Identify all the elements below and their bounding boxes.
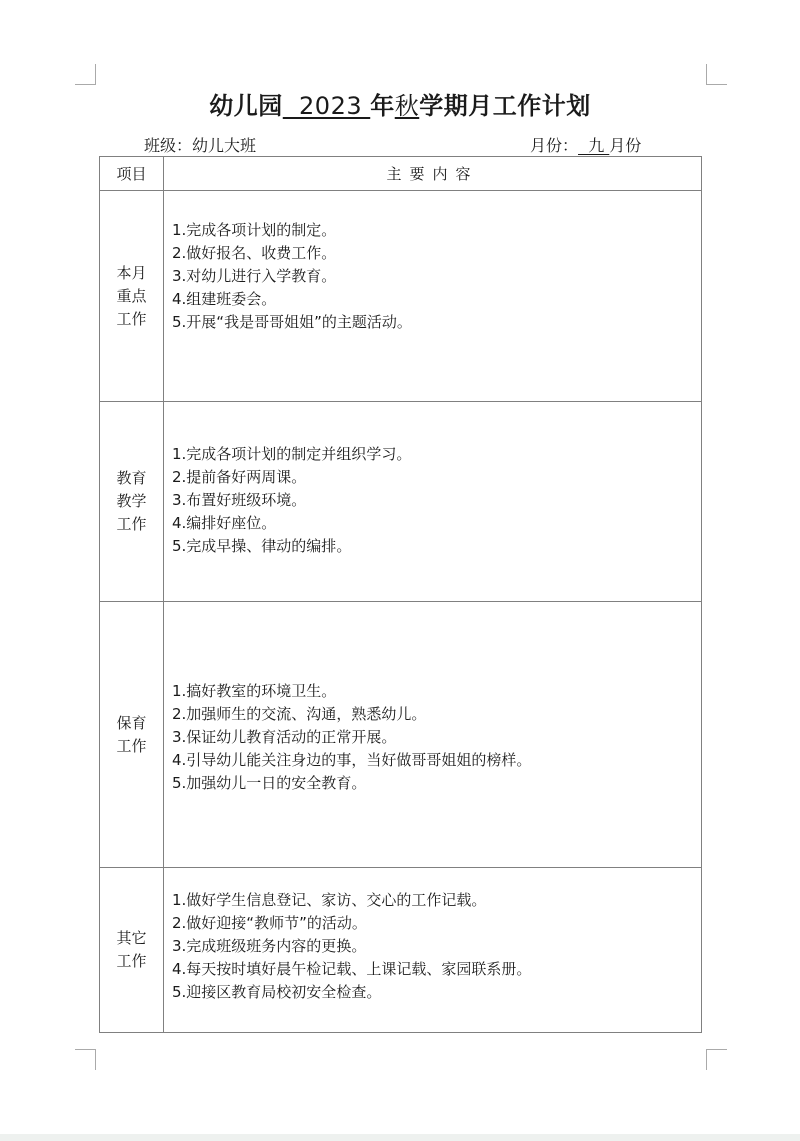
row-category: 教育 教学 工作	[100, 402, 164, 602]
month-label: 月份：	[530, 136, 578, 155]
row-category: 本月 重点 工作	[100, 191, 164, 402]
title-year-unit: 年	[370, 92, 395, 120]
category-line: 工作	[101, 308, 162, 331]
month-value: 九	[578, 136, 609, 155]
list-item: 2.加强师生的交流、沟通，熟悉幼儿。	[172, 703, 700, 726]
list-item: 2.做好报名、收费工作。	[172, 242, 700, 265]
category-line: 工作	[101, 513, 162, 536]
document-title: 幼儿园 2023 年秋学期月工作计划	[0, 86, 800, 121]
page-corner-mark-top-left	[75, 64, 96, 85]
table-header-row: 项目 主要内容	[100, 157, 702, 191]
list-item: 4.编排好座位。	[172, 512, 700, 535]
page-corner-mark-bottom-right	[706, 1049, 727, 1070]
row-content: 1.完成各项计划的制定并组织学习。 2.提前备好两周课。 3.布置好班级环境。 …	[164, 402, 702, 602]
title-year: 2023	[283, 92, 370, 120]
list-item: 5.完成早操、律动的编排。	[172, 535, 700, 558]
header-content: 主要内容	[164, 157, 702, 191]
category-line: 教学	[101, 490, 162, 513]
row-content: 1.搞好教室的环境卫生。 2.加强师生的交流、沟通，熟悉幼儿。 3.保证幼儿教育…	[164, 602, 702, 868]
table-row: 本月 重点 工作 1.完成各项计划的制定。 2.做好报名、收费工作。 3.对幼儿…	[100, 191, 702, 402]
list-item: 3.布置好班级环境。	[172, 489, 700, 512]
list-item: 3.保证幼儿教育活动的正常开展。	[172, 726, 700, 749]
page-corner-mark-bottom-left	[75, 1049, 96, 1070]
row-category: 保育 工作	[100, 602, 164, 868]
category-line: 重点	[101, 285, 162, 308]
list-item: 3.完成班级班务内容的更换。	[172, 935, 700, 958]
class-label: 班级：幼儿大班	[144, 133, 256, 156]
page-bottom-edge	[0, 1134, 800, 1141]
title-season: 秋	[395, 92, 420, 120]
list-item: 1.搞好教室的环境卫生。	[172, 680, 700, 703]
table-row: 保育 工作 1.搞好教室的环境卫生。 2.加强师生的交流、沟通，熟悉幼儿。 3.…	[100, 602, 702, 868]
category-line: 工作	[101, 950, 162, 973]
category-line: 本月	[101, 262, 162, 285]
list-item: 2.做好迎接“教师节”的活动。	[172, 912, 700, 935]
list-item: 5.开展“我是哥哥姐姐”的主题活动。	[172, 311, 700, 334]
list-item: 5.加强幼儿一日的安全教育。	[172, 772, 700, 795]
category-line: 工作	[101, 735, 162, 758]
table-row: 教育 教学 工作 1.完成各项计划的制定并组织学习。 2.提前备好两周课。 3.…	[100, 402, 702, 602]
category-line: 其它	[101, 927, 162, 950]
category-line: 保育	[101, 712, 162, 735]
list-item: 4.组建班委会。	[172, 288, 700, 311]
row-category: 其它 工作	[100, 868, 164, 1033]
header-category: 项目	[100, 157, 164, 191]
list-item: 1.完成各项计划的制定并组织学习。	[172, 443, 700, 466]
list-item: 4.引导幼儿能关注身边的事，当好做哥哥姐姐的榜样。	[172, 749, 700, 772]
month-field: 月份： 九 月份	[530, 133, 641, 156]
list-item: 3.对幼儿进行入学教育。	[172, 265, 700, 288]
work-plan-table: 项目 主要内容 本月 重点 工作 1.完成各项计划的制定。 2.做好报名、收费工…	[99, 156, 702, 1033]
list-item: 4.每天按时填好晨午检记载、上课记载、家园联系册。	[172, 958, 700, 981]
page-corner-mark-top-right	[706, 64, 727, 85]
list-item: 5.迎接区教育局校初安全检查。	[172, 981, 700, 1004]
row-content: 1.完成各项计划的制定。 2.做好报名、收费工作。 3.对幼儿进行入学教育。 4…	[164, 191, 702, 402]
list-item: 1.完成各项计划的制定。	[172, 219, 700, 242]
category-line: 教育	[101, 467, 162, 490]
list-item: 2.提前备好两周课。	[172, 466, 700, 489]
list-item: 1.做好学生信息登记、家访、交心的工作记载。	[172, 889, 700, 912]
row-content: 1.做好学生信息登记、家访、交心的工作记载。 2.做好迎接“教师节”的活动。 3…	[164, 868, 702, 1033]
table-row: 其它 工作 1.做好学生信息登记、家访、交心的工作记载。 2.做好迎接“教师节”…	[100, 868, 702, 1033]
month-unit: 月份	[609, 136, 641, 155]
title-prefix: 幼儿园	[209, 92, 283, 120]
title-suffix: 学期月工作计划	[419, 92, 591, 120]
